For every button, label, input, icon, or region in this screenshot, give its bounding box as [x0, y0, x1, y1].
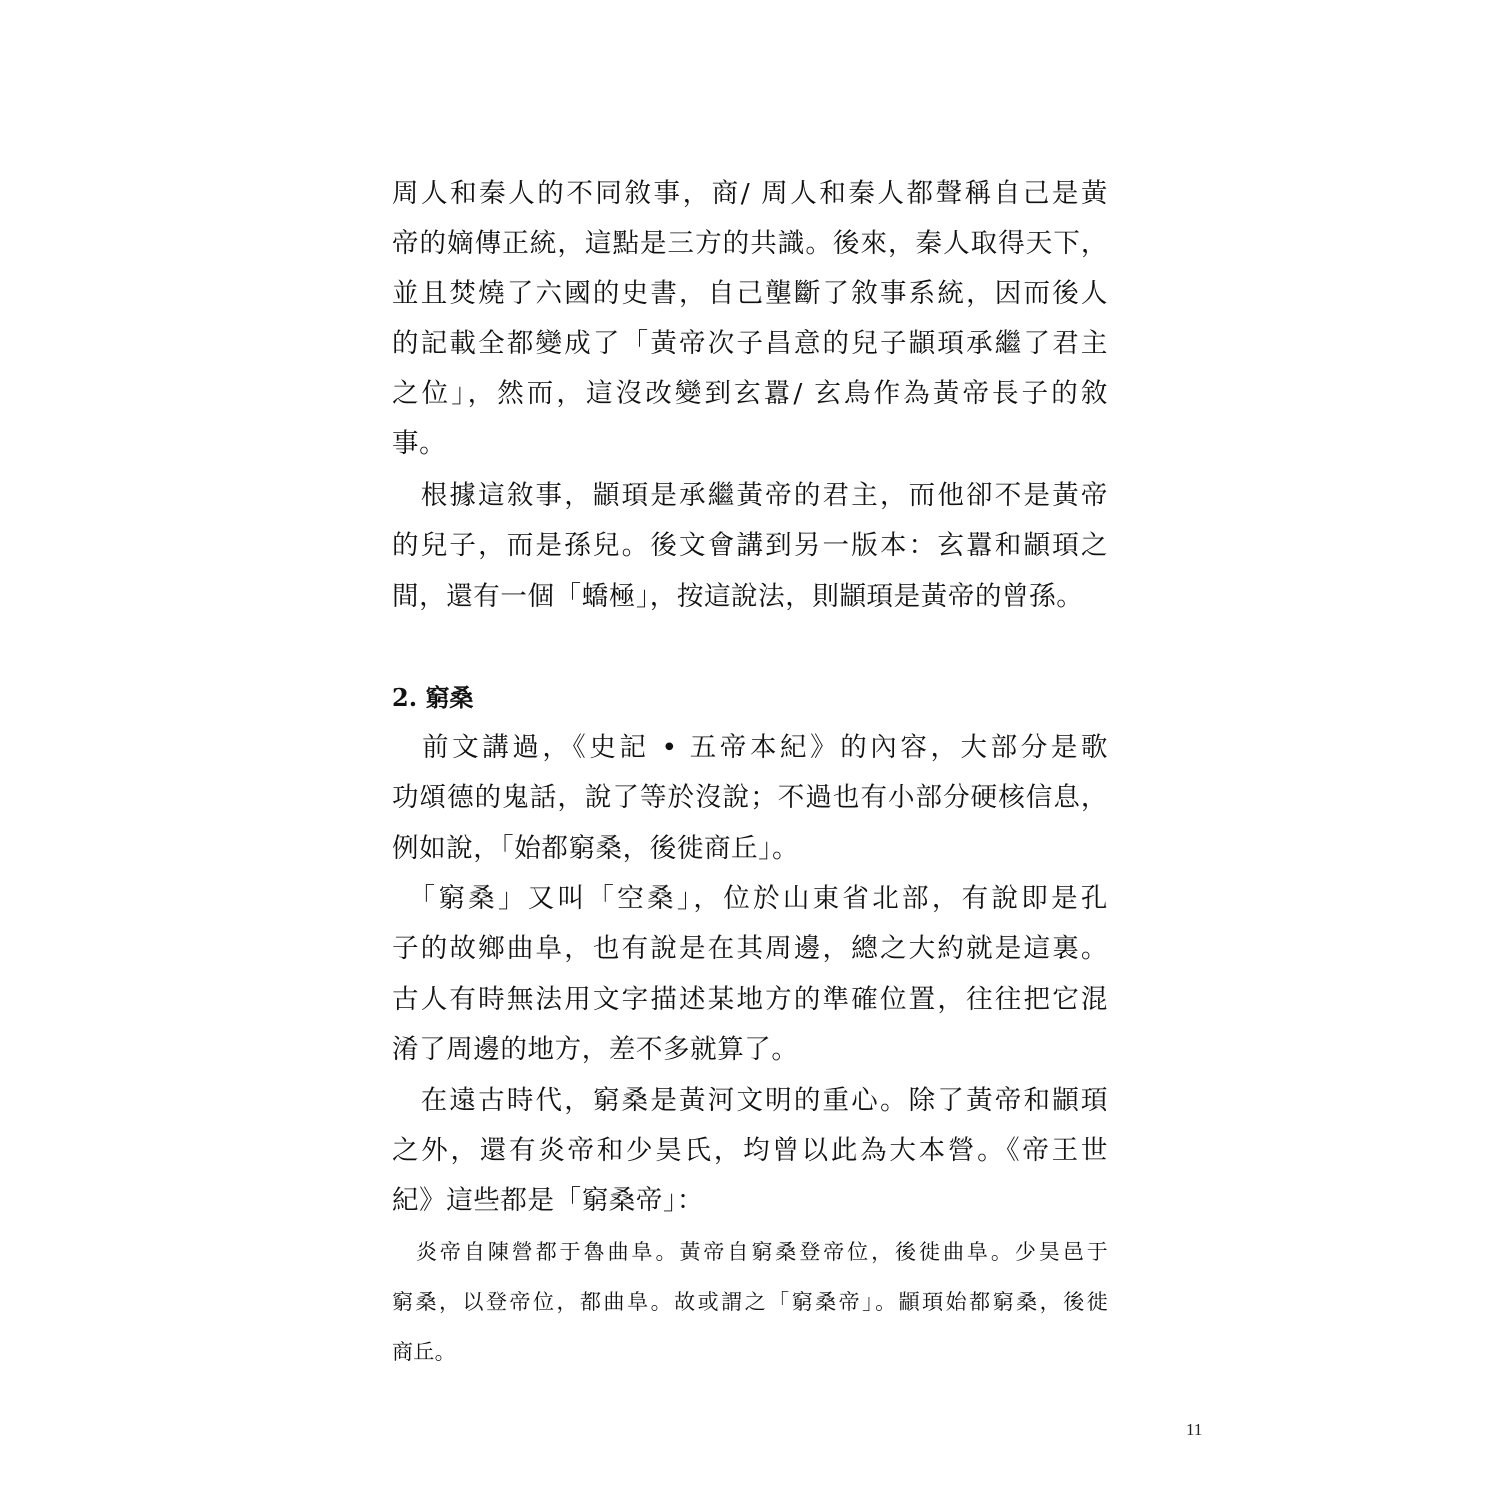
page-number: 11 [1186, 1420, 1202, 1440]
body-text-line: 之位」，然而，這沒改變到玄囂/ 玄鳥作為黃帝長子的敘 [392, 377, 1108, 411]
body-text-line: 的兒子，而是孫兒。後文會講到另一版本：玄囂和顓頊之 [392, 529, 1108, 563]
body-text-line: 根據這敘事，顓頊是承繼黃帝的君主，而他卻不是黃帝 [392, 479, 1108, 513]
body-text-line: 淆了周邊的地方，差不多就算了。 [392, 1033, 1108, 1067]
body-text-line: 古人有時無法用文字描述某地方的準確位置，往往把它混 [392, 983, 1108, 1017]
quote-text-line: 窮桑，以登帝位，都曲阜。故或謂之「窮桑帝」。顓頊始都窮桑，後徙 [392, 1287, 1108, 1317]
body-text-line: 周人和秦人的不同敘事，商/ 周人和秦人都聲稱自己是黃 [392, 177, 1108, 211]
section-heading: 2. 窮桑 [392, 681, 473, 715]
body-text-line: 帝的嫡傳正統，這點是三方的共識。後來，秦人取得天下， [392, 227, 1108, 261]
body-text-line: 前文講過，《史記 • 五帝本紀》的內容，大部分是歌 [392, 731, 1108, 765]
body-text-line: 在遠古時代，窮桑是黃河文明的重心。除了黃帝和顓頊 [392, 1084, 1108, 1118]
quote-text-line: 炎帝自陳營都于魯曲阜。黃帝自窮桑登帝位，後徙曲阜。少昊邑于 [392, 1237, 1108, 1267]
quote-text-line: 商丘。 [392, 1337, 1108, 1367]
document-page: 周人和秦人的不同敘事，商/ 周人和秦人都聲稱自己是黃 帝的嫡傳正統，這點是三方的… [0, 0, 1500, 1500]
body-text-line: 並且焚燒了六國的史書，自己壟斷了敘事系統，因而後人 [392, 277, 1108, 311]
body-text-line: 「窮桑」又叫「空桑」，位於山東省北部，有說即是孔 [392, 882, 1108, 916]
body-text-line: 功頌德的鬼話，說了等於沒說；不過也有小部分硬核信息， [392, 781, 1108, 815]
body-text-line: 之外，還有炎帝和少昊氏，均曾以此為大本營。《帝王世 [392, 1134, 1108, 1168]
body-text-line: 紀》這些都是「窮桑帝」： [392, 1184, 1108, 1218]
body-text-line: 例如說，「始都窮桑，後徙商丘」。 [392, 832, 1108, 866]
body-text-line: 的記載全都變成了「黃帝次子昌意的兒子顓頊承繼了君主 [392, 327, 1108, 361]
body-text-line: 間，還有一個「蟜極」，按這說法，則顓頊是黃帝的曾孫。 [392, 580, 1108, 614]
body-text-line: 事。 [392, 427, 1108, 461]
body-text-line: 子的故鄉曲阜，也有說是在其周邊，總之大約就是這裏。 [392, 932, 1108, 966]
